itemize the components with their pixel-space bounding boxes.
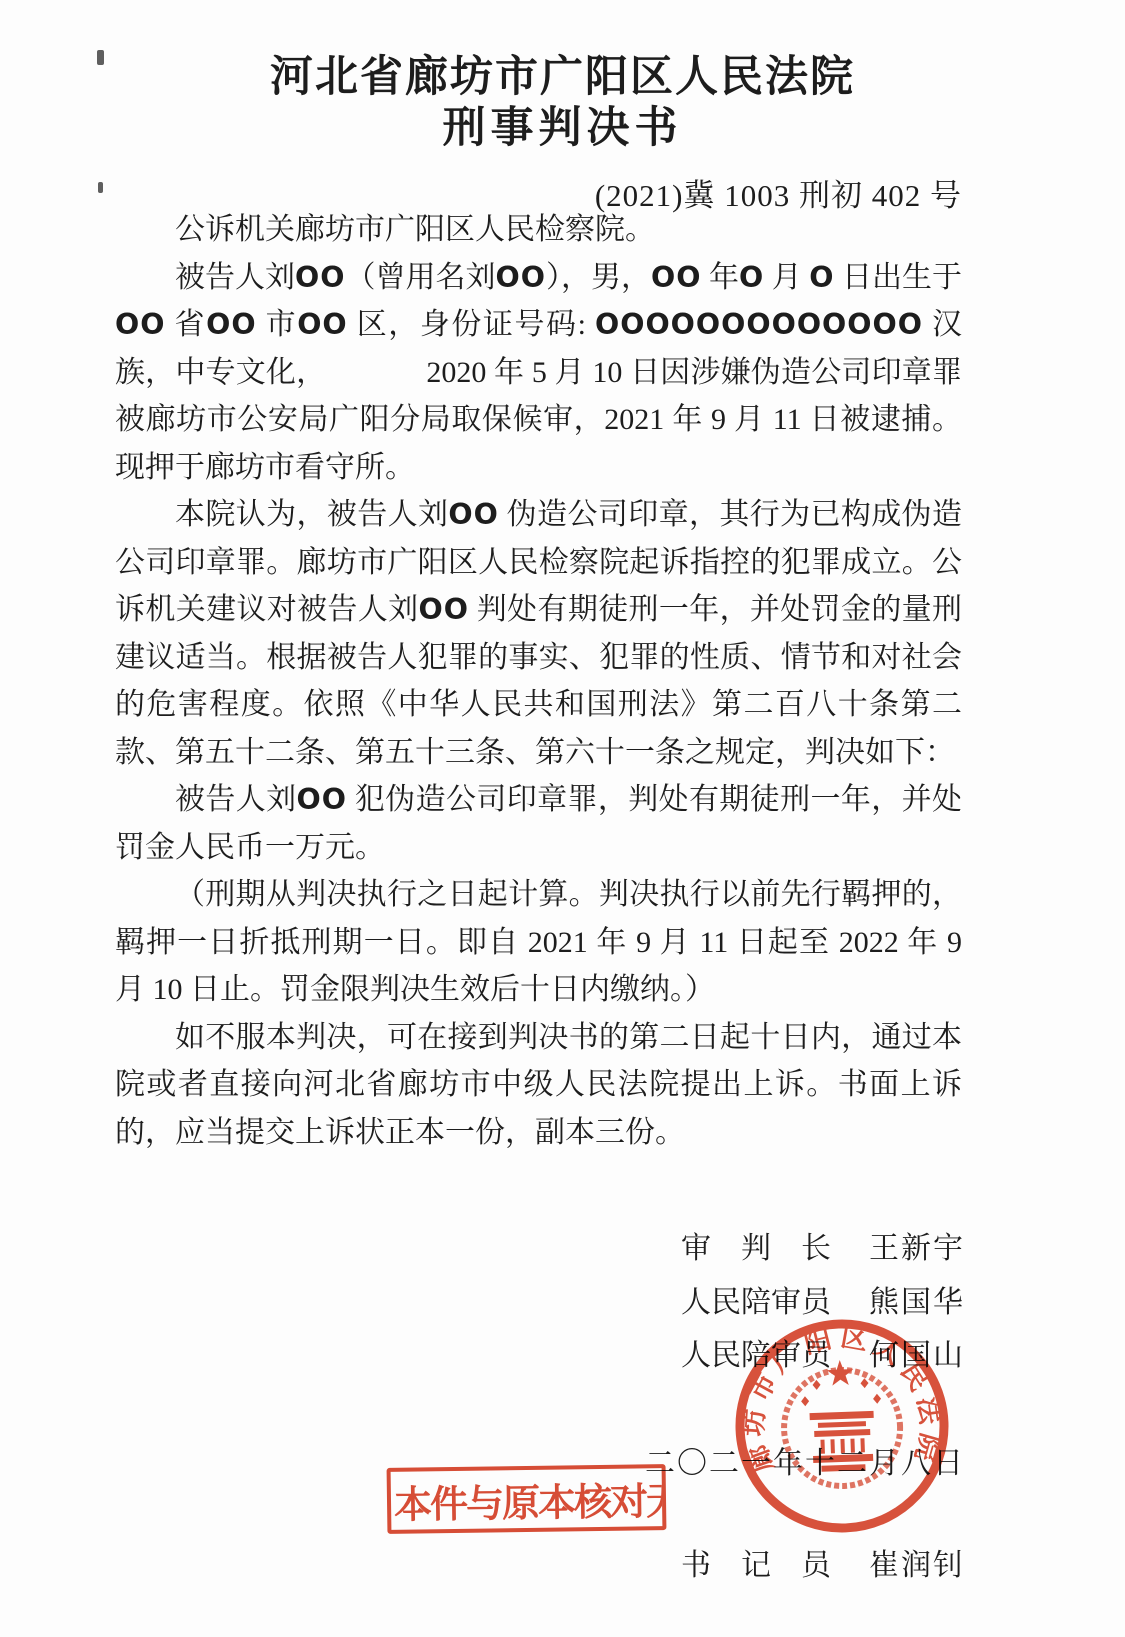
redacted-text: O (739, 261, 764, 294)
signature-role: 审 判 长 (681, 1222, 831, 1276)
redacted-text: OO (448, 498, 498, 531)
paragraph: （刑期从判决执行之日起计算。判决执行以前先行羁押的，羁押一日折抵刑期一日。即自 … (115, 871, 962, 1014)
paragraph: 本院认为，被告人刘OO 伪造公司印章，其行为已构成伪造公司印章罪。廊坊市广阳区人… (115, 491, 962, 776)
text-run: 年 (702, 261, 740, 294)
judgment-body: 公诉机关廊坊市广阳区人民检察院。被告人刘OO（曾用名刘OO），男，OO 年O 月… (115, 206, 962, 1156)
redacted-text: OO (651, 261, 701, 294)
paragraph: 被告人刘OO（曾用名刘OO），男，OO 年O 月 O 日出生于OO 省OO 市O… (115, 254, 962, 492)
verification-stamp: 本件与原本核对无异 (387, 1464, 667, 1534)
text-run: 如不服本判决，可在接到判决书的第二日起十日内，通过本院或者直接向河北省廊坊市中级… (115, 1021, 962, 1149)
paragraph: 如不服本判决，可在接到判决书的第二日起十日内，通过本院或者直接向河北省廊坊市中级… (115, 1014, 962, 1157)
svg-text:廊坊市广阳区人民法院: 廊坊市广阳区人民法院 (734, 1318, 948, 1477)
verification-stamp-text: 本件与原本核对无异 (391, 1469, 667, 1529)
scan-artifact (97, 50, 104, 65)
redacted-text: OO (297, 308, 347, 341)
redacted-text: OO (496, 261, 546, 294)
text-run: 区，身份证号码: (348, 308, 595, 341)
national-emblem-icon (782, 1358, 902, 1488)
text-run: ），男， (546, 261, 651, 294)
signature-row: 审 判 长王新宇 (681, 1222, 965, 1276)
text-run: 公诉机关廊坊市广阳区人民检察院。 (175, 213, 655, 246)
redacted-text: OO (115, 308, 165, 341)
text-run: （曾用名刘 (346, 261, 496, 294)
document-type-title: 刑事判决书 (0, 104, 1125, 152)
text-run: 省 (165, 308, 206, 341)
scan-artifact (98, 182, 103, 193)
document-header: 河北省廊坊市广阳区人民法院 刑事判决书 (0, 52, 1125, 152)
paragraph: 被告人刘OO 犯伪造公司印章罪，判处有期徒刑一年，并处罚金人民币一万元。 (115, 776, 962, 871)
court-name: 河北省廊坊市广阳区人民法院 (0, 52, 1125, 102)
redacted-text: OOOOOOOOOOOOO (595, 308, 923, 341)
redacted-text: O (809, 261, 834, 294)
text-run: 被告人刘 (175, 783, 297, 816)
text-run: 日出生于 (835, 261, 963, 294)
text-run: 本院认为，被告人刘 (175, 498, 448, 531)
clerk-name: 崔润钊 (869, 1540, 965, 1584)
redacted-text: OO (206, 308, 256, 341)
text-run: 月 (764, 261, 809, 294)
judgment-document-page: 河北省廊坊市广阳区人民法院 刑事判决书 (2021)冀 1003 刑初 402 … (0, 0, 1125, 1637)
text-run: （刑期从判决执行之日起计算。判决执行以前先行羁押的，羁押一日折抵刑期一日。即自 … (115, 878, 962, 1006)
redacted-text: OO (295, 261, 345, 294)
text-run: 被告人刘 (175, 261, 295, 294)
text-run: 市 (257, 308, 298, 341)
paragraph: 公诉机关廊坊市广阳区人民检察院。 (115, 206, 962, 254)
court-seal: 廊坊市广阳区人民法院 (720, 1304, 964, 1548)
clerk-signature-row: 书 记 员 崔润钊 (681, 1540, 965, 1584)
seal-text: 廊坊市广阳区人民法院 (734, 1318, 948, 1477)
redacted-text: OO (418, 593, 468, 626)
signature-name: 王新宇 (869, 1222, 965, 1276)
redacted-text: OO (297, 783, 347, 816)
